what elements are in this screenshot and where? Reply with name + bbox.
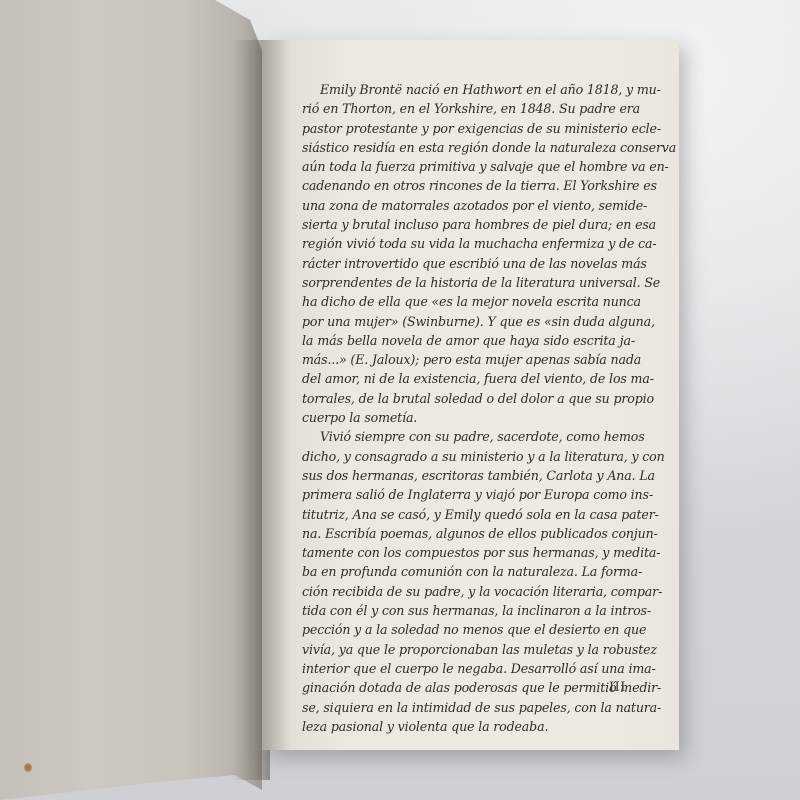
text-line: dicho, y consagrado a su ministerio y a … xyxy=(302,447,635,466)
body-text: Emily Brontë nació en Hathwort en el año… xyxy=(302,80,635,736)
text-line: sus dos hermanas, escritoras también, Ca… xyxy=(302,466,635,485)
paragraph-2: Vivió siempre con su padre, sacerdote, c… xyxy=(302,427,635,736)
photo-scene: Emily Brontë nació en Hathwort en el año… xyxy=(0,0,800,800)
text-line: vivía, ya que le proporcionaban las mule… xyxy=(302,640,635,659)
text-line: tamente con los compuestos por sus herma… xyxy=(302,543,635,562)
text-line: tida con él y con sus hermanas, la incli… xyxy=(302,601,635,620)
text-line: región vivió toda su vida la muchacha en… xyxy=(302,234,635,253)
page-stain xyxy=(24,763,32,772)
text-line: cuerpo la sometía. xyxy=(302,408,635,427)
text-line: titutriz, Ana se casó, y Emily quedó sol… xyxy=(302,505,635,524)
text-line: del amor, ni de la existencia, fuera del… xyxy=(302,369,635,388)
text-line: Emily Brontë nació en Hathwort en el año… xyxy=(302,80,635,99)
text-line: pección y a la soledad no menos que el d… xyxy=(302,620,635,639)
text-line: rácter introvertido que escribió una de … xyxy=(302,254,635,273)
text-line: torrales, de la brutal soledad o del dol… xyxy=(302,389,635,408)
page-number: III xyxy=(609,680,626,695)
text-line: pastor protestante y por exigencias de s… xyxy=(302,119,635,138)
text-line: ba en profunda comunión con la naturalez… xyxy=(302,562,635,581)
right-page: Emily Brontë nació en Hathwort en el año… xyxy=(262,40,679,750)
text-line: primera salió de Inglaterra y viajó por … xyxy=(302,485,635,504)
text-line: leza pasional y violenta que la rodeaba. xyxy=(302,717,635,736)
text-line: ha dicho de ella que «es la mejor novela… xyxy=(302,292,635,311)
text-line: interior que el cuerpo le negaba. Desarr… xyxy=(302,659,635,678)
text-line: Vivió siempre con su padre, sacerdote, c… xyxy=(302,427,635,446)
text-line: aún toda la fuerza primitiva y salvaje q… xyxy=(302,157,635,176)
text-line: sierta y brutal incluso para hombres de … xyxy=(302,215,635,234)
text-line: una zona de matorrales azotados por el v… xyxy=(302,196,635,215)
paragraph-1: Emily Brontë nació en Hathwort en el año… xyxy=(302,80,635,427)
text-line: ción recibida de su padre, y la vocación… xyxy=(302,582,635,601)
text-line: se, siquiera en la intimidad de sus pape… xyxy=(302,698,635,717)
text-line: la más bella novela de amor que haya sid… xyxy=(302,331,635,350)
text-line: na. Escribía poemas, algunos de ellos pu… xyxy=(302,524,635,543)
text-line: ginación dotada de alas poderosas que le… xyxy=(302,678,635,697)
text-line: sorprendentes de la historia de la liter… xyxy=(302,273,635,292)
left-page-blank xyxy=(0,0,262,800)
text-line: rió en Thorton, en el Yorkshire, en 1848… xyxy=(302,99,635,118)
text-line: más...» (E. Jaloux); pero esta mujer ape… xyxy=(302,350,635,369)
text-line: por una mujer» (Swinburne). Y que es «si… xyxy=(302,312,635,331)
text-line: siástico residía en esta región donde la… xyxy=(302,138,635,157)
text-line: cadenando en otros rincones de la tierra… xyxy=(302,176,635,195)
